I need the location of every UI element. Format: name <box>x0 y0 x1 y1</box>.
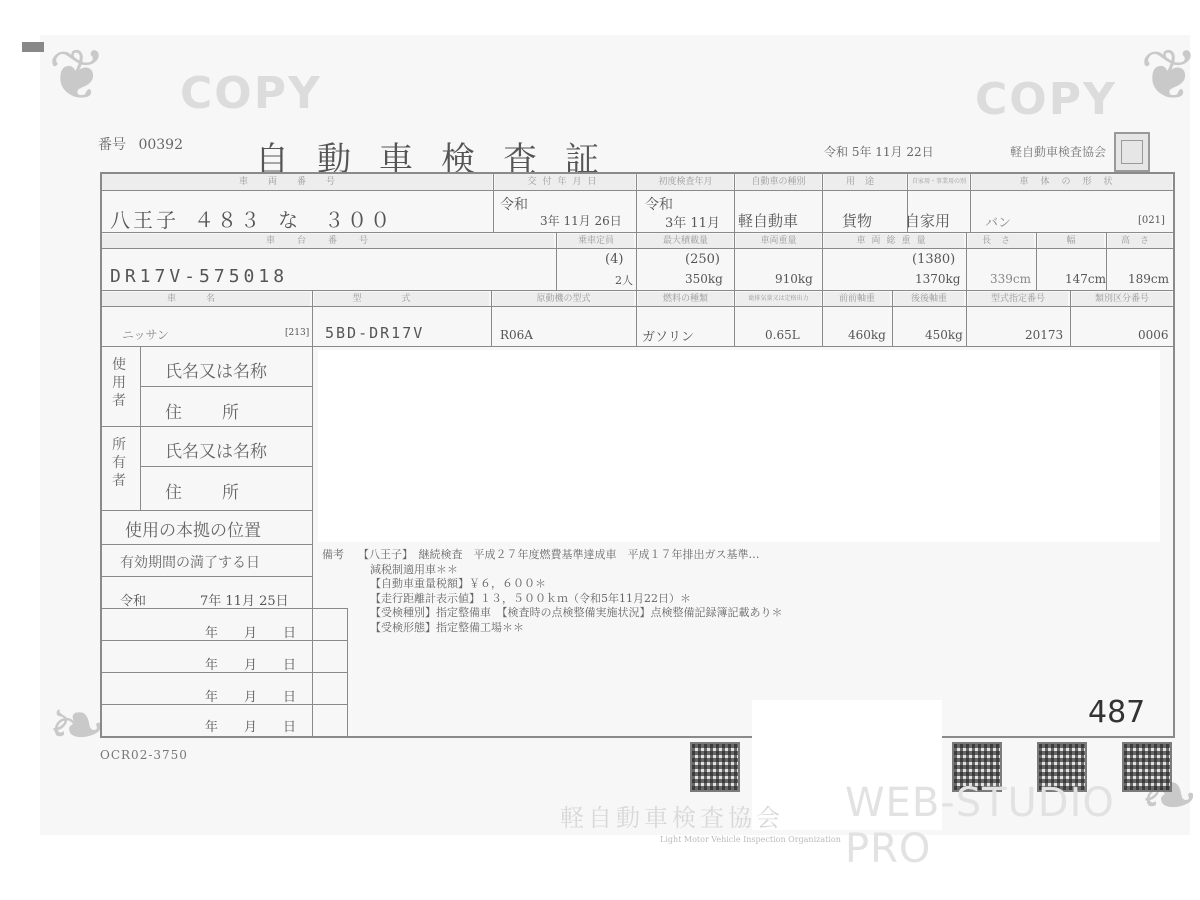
header-chassis-number: 車台番号 <box>102 234 554 248</box>
fuel-value: ガソリン <box>642 326 694 345</box>
row-divider <box>100 640 348 641</box>
col-divider <box>966 232 967 347</box>
row-divider <box>100 426 312 427</box>
remarks-line-2: 減税制適用車＊＊ <box>322 563 783 578</box>
registration-number: 八王子 ４８３ な ３００ <box>110 204 393 233</box>
row-divider <box>100 510 312 511</box>
width-value: 147cm <box>1065 272 1106 286</box>
owner-name-label: 氏名又は名称 <box>165 437 267 462</box>
type-approval-value: 20173 <box>1025 328 1063 342</box>
header-body-shape: 車体の形状 <box>972 174 1172 190</box>
blank-date-2: 年 月 日 <box>205 654 296 673</box>
header-fuel: 燃料の種類 <box>638 292 733 306</box>
row-divider <box>140 386 312 387</box>
usage-value: 貨物 <box>842 210 872 231</box>
header-private-business: 自家用・事業用の別 <box>909 174 969 190</box>
maker-code: [213] <box>285 328 309 338</box>
header-model: 型式 <box>314 292 489 306</box>
row-divider <box>100 672 348 673</box>
gross-weight-paren: (1380) <box>912 252 955 267</box>
private-business-value: 自家用 <box>905 210 950 231</box>
row-divider <box>100 704 348 705</box>
header-vehicle-type: 自動車の種別 <box>736 174 821 190</box>
remarks-section: 備考【八王子】 継続検査 平成２７年度燃費基準達成車 平成１７年排出ガス基準… … <box>322 548 783 635</box>
row-divider <box>100 290 1175 291</box>
blank-date-4: 年 月 日 <box>205 716 296 735</box>
copy-watermark-left: COPY <box>180 68 322 119</box>
corner-mark <box>22 42 44 52</box>
header-rear-axle: 後後軸重 <box>894 292 964 306</box>
first-registration-era: 令和 <box>645 194 673 214</box>
ocr-code: OCR02-3750 <box>100 748 188 762</box>
footer-organization-en: Light Motor Vehicle Inspection Organizat… <box>660 835 841 844</box>
col-divider <box>636 172 637 347</box>
site-watermark: WEB-STUDIO PRO <box>845 780 1200 872</box>
height-value: 189cm <box>1128 272 1169 286</box>
issue-era: 令和 <box>500 194 528 214</box>
owner-address-label: 住 所 <box>165 478 241 503</box>
user-label: 使用者 <box>112 356 128 410</box>
ornament-top-right-icon: ❦ <box>1140 40 1199 110</box>
header-front-axle: 前前軸重 <box>824 292 890 306</box>
remarks-line-5: 【受検種別】指定整備車 【検査時の点検整備実施状況】点検整備記録簿記載あり＊ <box>322 606 783 621</box>
ornament-top-left-icon: ❦ <box>48 40 107 110</box>
user-name-label: 氏名又は名称 <box>165 357 267 382</box>
header-usage: 用途 <box>824 174 906 190</box>
issue-date-value: 3年 11月 26日 <box>540 212 622 229</box>
remarks-line-1: 【八王子】 継続検査 平成２７年度燃費基準達成車 平成１７年排出ガス基準… <box>358 548 760 561</box>
header-width: 幅 <box>1038 234 1104 248</box>
remarks-line-3: 【自動車重量税額】￥６，６００＊ <box>322 577 783 592</box>
body-shape-value: バン <box>985 212 1011 231</box>
document-number: 番号 00392 <box>98 134 183 154</box>
official-seal-icon <box>1114 132 1150 172</box>
table-border-bottom <box>100 736 1175 738</box>
header-first-registration: 初度検査年月 <box>638 174 733 190</box>
row-divider <box>140 466 312 467</box>
row-divider <box>100 346 1175 347</box>
rear-axle-value: 450kg <box>925 328 963 342</box>
col-divider <box>734 172 735 347</box>
header-maker: 車名 <box>102 292 310 306</box>
vehicle-type-value: 軽自動車 <box>738 210 798 231</box>
col-divider <box>493 172 494 232</box>
first-registration-date: 3年 11月 <box>665 212 720 231</box>
expiry-date: 7年 11月 25日 <box>200 590 289 609</box>
col-divider <box>491 290 492 347</box>
row-divider <box>100 190 1175 191</box>
header-height: 高さ <box>1108 234 1172 248</box>
col-divider <box>1106 232 1107 290</box>
remarks-line-4: 【走行距離計表示値】１３，５００ｋｍ（令和5年11月22日）＊ <box>322 592 783 607</box>
front-axle-value: 460kg <box>848 328 886 342</box>
capacity-value: 2人 <box>615 272 633 288</box>
blank-date-3: 年 月 日 <box>205 686 296 705</box>
header-gross-weight: 車両総重量 <box>824 234 964 248</box>
table-border-right <box>1173 172 1175 737</box>
col-divider <box>822 172 823 347</box>
expiry-era: 令和 <box>120 590 146 609</box>
user-address-label: 住 所 <box>165 398 241 423</box>
issue-date: 令和 5年 11月 22日 <box>824 143 934 160</box>
number-label: 番号 <box>98 137 126 153</box>
col-divider <box>1070 290 1071 347</box>
row-divider <box>100 248 1175 249</box>
col-divider <box>1036 232 1037 290</box>
category-number-value: 0006 <box>1138 328 1169 342</box>
header-engine-model: 原動機の型式 <box>493 292 634 306</box>
col-divider <box>892 290 893 347</box>
vehicle-weight-value: 910kg <box>775 272 813 286</box>
header-capacity: 乗車定員 <box>558 234 634 248</box>
header-length: 長さ <box>968 234 1034 248</box>
row-divider <box>100 232 1175 233</box>
col-divider <box>970 172 971 232</box>
issuer-name: 軽自動車検査協会 <box>1010 143 1106 160</box>
qr-code-icon <box>690 742 740 792</box>
capacity-paren: (4) <box>605 252 623 267</box>
row-divider <box>100 608 348 609</box>
remarks-line-6: 【受検形態】指定整備工場＊＊ <box>322 621 783 636</box>
row-divider <box>100 306 1175 307</box>
max-load-value: 350kg <box>685 272 723 286</box>
base-location-label: 使用の本拠の位置 <box>125 516 261 541</box>
col-divider <box>312 290 313 347</box>
displacement-value: 0.65L <box>765 328 800 342</box>
engine-model-value: R06A <box>500 328 533 342</box>
copy-watermark-right: COPY <box>975 74 1117 125</box>
body-shape-code: [021] <box>1138 215 1165 226</box>
handwritten-number: 487 <box>1088 695 1145 730</box>
header-category-number: 類別区分番号 <box>1072 292 1172 306</box>
owner-section-divider <box>312 346 313 736</box>
owner-label-divider <box>140 346 141 511</box>
header-max-load: 最大積載量 <box>638 234 733 248</box>
maker-value: ニッサン <box>122 326 169 343</box>
header-vehicle-weight: 車両重量 <box>736 234 821 248</box>
model-value: 5BD-DR17V <box>325 324 424 342</box>
ornament-bottom-left-icon: ❧ <box>48 690 107 760</box>
blank-date-1: 年 月 日 <box>205 622 296 641</box>
row-divider <box>100 544 312 545</box>
header-type-approval: 型式指定番号 <box>968 292 1068 306</box>
expiry-label: 有効期間の満了する日 <box>120 552 260 572</box>
table-border-left <box>100 172 102 737</box>
header-displacement: 総排気量又は定格出力 <box>736 292 821 306</box>
remarks-label: 備考 <box>322 548 344 561</box>
owner-label: 所有者 <box>112 436 128 490</box>
row-divider <box>100 576 312 577</box>
col-divider <box>907 172 908 232</box>
chassis-number-value: DR17V-575018 <box>110 266 288 287</box>
col-divider <box>556 232 557 290</box>
number-value: 00392 <box>138 137 183 153</box>
gross-weight-value: 1370kg <box>915 272 961 286</box>
footer-organization: 軽自動車検査協会 <box>560 798 784 833</box>
length-value: 339cm <box>990 272 1031 286</box>
header-issue-date: 交付年月日 <box>495 174 635 190</box>
redacted-owner-info <box>318 350 1160 542</box>
max-load-paren: (250) <box>685 252 720 267</box>
header-registration: 車両番号 <box>102 174 492 190</box>
